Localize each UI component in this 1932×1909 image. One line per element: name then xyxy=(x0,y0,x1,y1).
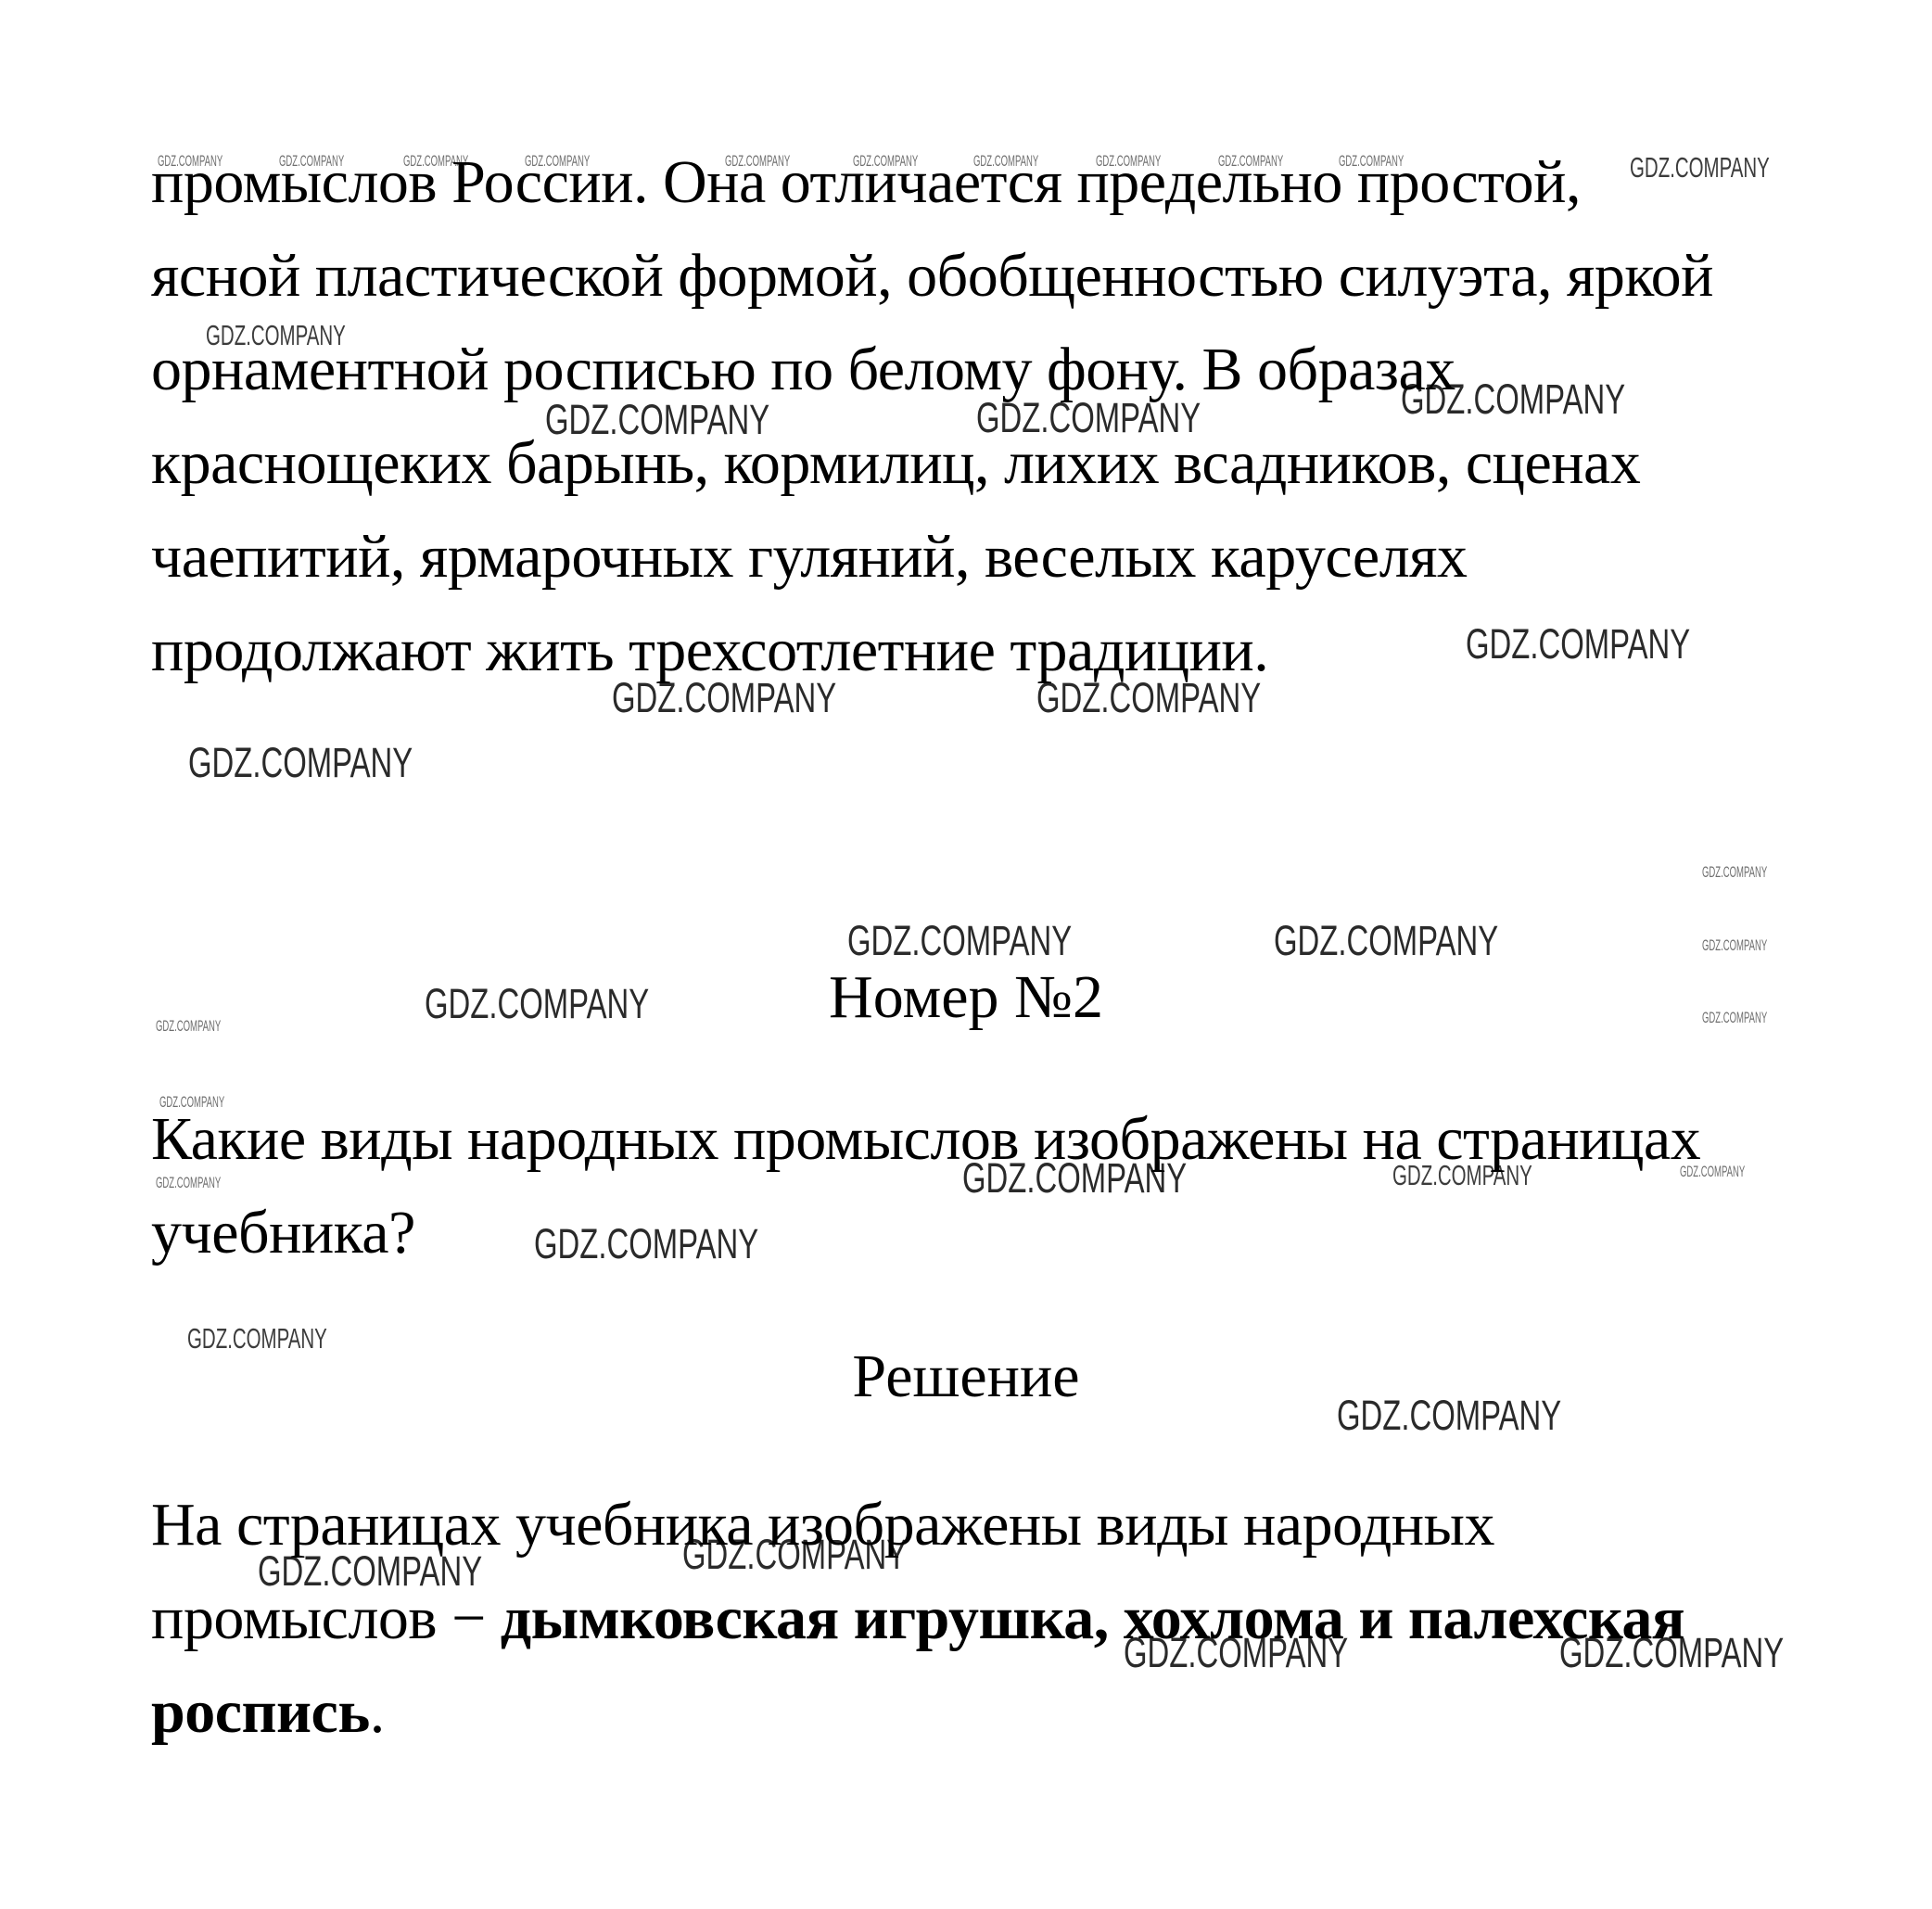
text-line: На страницах учебника изображены виды на… xyxy=(151,1478,1684,1572)
text-line: учебника? xyxy=(151,1186,1700,1279)
document-page: GDZ.COMPANYGDZ.COMPANYGDZ.COMPANYGDZ.COM… xyxy=(0,0,1932,1909)
exercise-number-heading: Номер №2 xyxy=(0,950,1932,1044)
text-line: чаепитий, ярмарочных гуляний, веселых ка… xyxy=(151,510,1713,604)
text-line: ясной пластической формой, обобщенностью… xyxy=(151,229,1713,323)
text-line: промыслов России. Она отличается предель… xyxy=(151,135,1713,229)
answer-period: . xyxy=(370,1678,385,1746)
solution-heading: Решение xyxy=(0,1330,1932,1423)
question-paragraph: Какие виды народных промыслов изображены… xyxy=(151,1092,1700,1279)
answer-paragraph: На страницах учебника изображены виды на… xyxy=(151,1478,1684,1759)
paragraph-continuation: промыслов России. Она отличается предель… xyxy=(151,135,1713,697)
answer-bold-text: дымковская игрушка, хохлома и палехская xyxy=(501,1584,1684,1652)
answer-regular-text: промыслов − xyxy=(151,1584,501,1652)
text-line: промыслов − дымковская игрушка, хохлома … xyxy=(151,1572,1684,1665)
text-line: Какие виды народных промыслов изображены… xyxy=(151,1092,1700,1186)
text-line: продолжают жить трехсотлетние традиции. xyxy=(151,604,1713,697)
watermark-text: GDZ.COMPANY xyxy=(1702,864,1767,880)
text-line: роспись. xyxy=(151,1665,1684,1759)
text-line: краснощеких барынь, кормилиц, лихих всад… xyxy=(151,416,1713,510)
watermark-text: GDZ.COMPANY xyxy=(188,742,413,783)
text-line: орнаментной росписью по белому фону. В о… xyxy=(151,323,1713,416)
answer-bold-text: роспись xyxy=(151,1678,370,1746)
